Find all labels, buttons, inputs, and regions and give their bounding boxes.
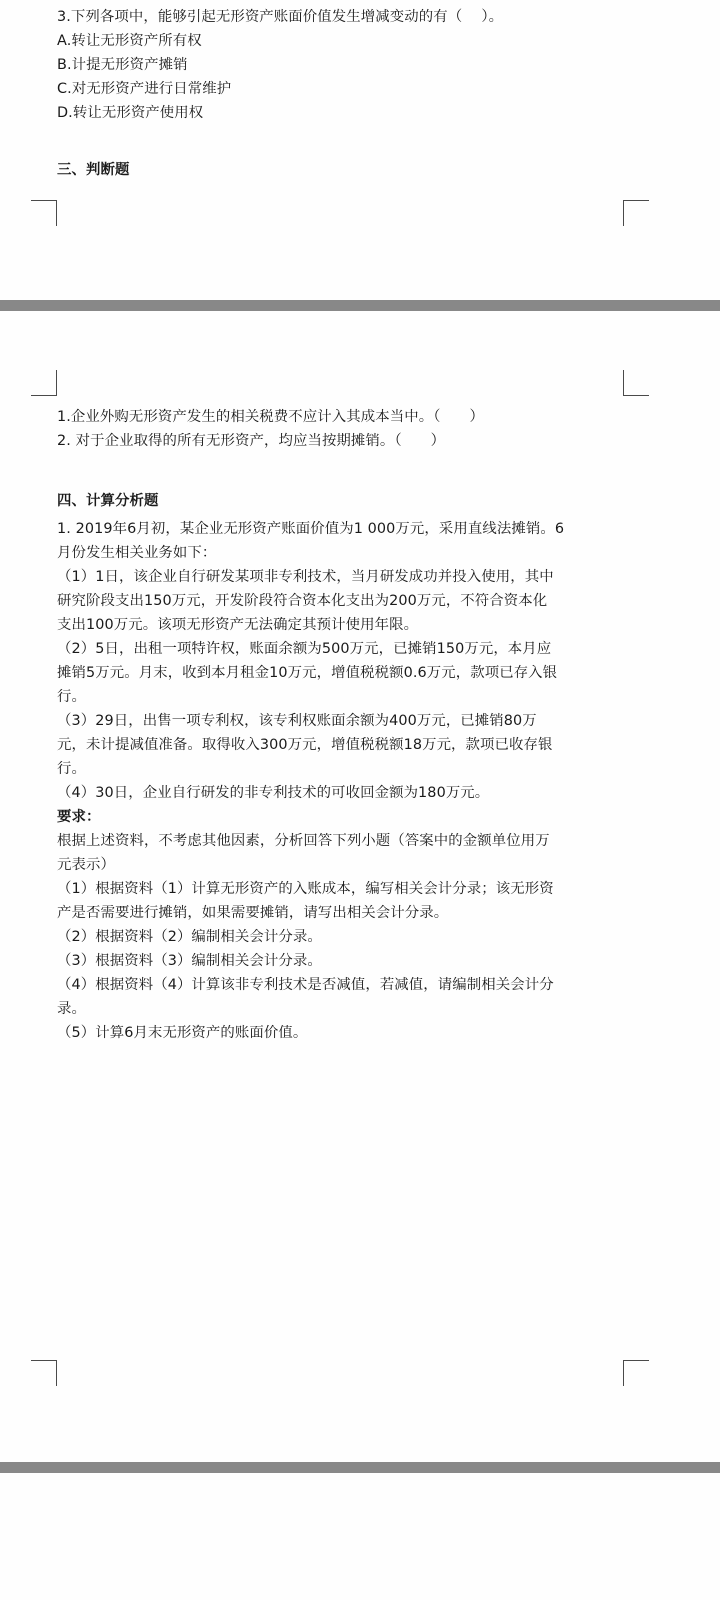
question-3-option-d: D.转让无形资产使用权 xyxy=(57,103,203,123)
document-page-1: 3.下列各项中，能够引起无形资产账面价值发生增减变动的有（ ）。 A.转让无形资… xyxy=(0,0,720,300)
material-3-line-3: 行。 xyxy=(57,759,86,779)
requirement-intro-line-1: 根据上述资料，不考虑其他因素，分析回答下列小题（答案中的金额单位用万 xyxy=(57,831,550,851)
requirement-intro-line-2: 元表示） xyxy=(57,855,115,875)
sub-question-4-line-1: （4）根据资料（4）计算该非专利技术是否减值，若减值，请编制相关会计分 xyxy=(57,975,554,995)
material-3-line-1: （3）29日，出售一项专利权，该专利权账面余额为400万元，已摊销80万 xyxy=(57,711,537,731)
material-1-line-1: （1）1日，该企业自行研发某项非专利技术，当月研发成功并投入使用，其中 xyxy=(57,567,554,587)
crop-mark-bottom-left xyxy=(31,200,57,226)
sub-question-3: （3）根据资料（3）编制相关会计分录。 xyxy=(57,951,322,971)
crop-mark-top-right xyxy=(623,370,649,396)
material-4-line-1: （4）30日，企业自行研发的非专利技术的可收回金额为180万元。 xyxy=(57,783,489,803)
question-3-stem: 3.下列各项中，能够引起无形资产账面价值发生增减变动的有（ ）。 xyxy=(57,7,503,27)
sub-question-2: （2）根据资料（2）编制相关会计分录。 xyxy=(57,927,322,947)
page-separator xyxy=(0,1462,720,1473)
requirement-label: 要求： xyxy=(57,807,100,827)
sub-question-1-line-2: 产是否需要进行摊销，如果需要摊销，请写出相关会计分录。 xyxy=(57,903,448,923)
section-three-heading: 三、判断题 xyxy=(57,160,129,180)
crop-mark-top-left xyxy=(31,370,57,396)
question-3-option-a: A.转让无形资产所有权 xyxy=(57,31,202,51)
material-1-line-3: 支出100万元。该项无形资产无法确定其预计使用年限。 xyxy=(57,615,418,635)
material-1-line-2: 研究阶段支出150万元，开发阶段符合资本化支出为200万元，不符合资本化 xyxy=(57,591,547,611)
material-2-line-3: 行。 xyxy=(57,687,86,707)
sub-question-5: （5）计算6月末无形资产的账面价值。 xyxy=(57,1023,307,1043)
material-2-line-1: （2）5日，出租一项特许权，账面余额为500万元，已摊销150万元，本月应 xyxy=(57,639,551,659)
crop-mark-bottom-right xyxy=(623,200,649,226)
calc-question-intro-line-1: 1. 2019年6月初，某企业无形资产账面价值为1 000万元，采用直线法摊销。… xyxy=(57,519,564,539)
section-four-heading: 四、计算分析题 xyxy=(57,491,158,511)
sub-question-4-line-2: 录。 xyxy=(57,999,86,1019)
sub-question-1-line-1: （1）根据资料（1）计算无形资产的入账成本，编写相关会计分录；该无形资 xyxy=(57,879,554,899)
crop-mark-bottom-right xyxy=(623,1360,649,1386)
document-page-3 xyxy=(0,1473,720,1600)
document-page-2: 1.企业外购无形资产发生的相关税费不应计入其成本当中。（ ） 2. 对于企业取得… xyxy=(0,311,720,1462)
judgment-question-2: 2. 对于企业取得的所有无形资产，均应当按期摊销。（ ） xyxy=(57,431,445,451)
material-2-line-2: 摊销5万元。月末，收到本月租金10万元，增值税税额0.6万元，款项已存入银 xyxy=(57,663,557,683)
question-3-option-c: C.对无形资产进行日常维护 xyxy=(57,79,231,99)
page-separator xyxy=(0,300,720,311)
calc-question-intro-line-2: 月份发生相关业务如下： xyxy=(57,543,216,563)
question-3-option-b: B.计提无形资产摊销 xyxy=(57,55,188,75)
crop-mark-bottom-left xyxy=(31,1360,57,1386)
material-3-line-2: 元，未计提减值准备。取得收入300万元，增值税税额18万元，款项已收存银 xyxy=(57,735,553,755)
judgment-question-1: 1.企业外购无形资产发生的相关税费不应计入其成本当中。（ ） xyxy=(57,407,484,427)
